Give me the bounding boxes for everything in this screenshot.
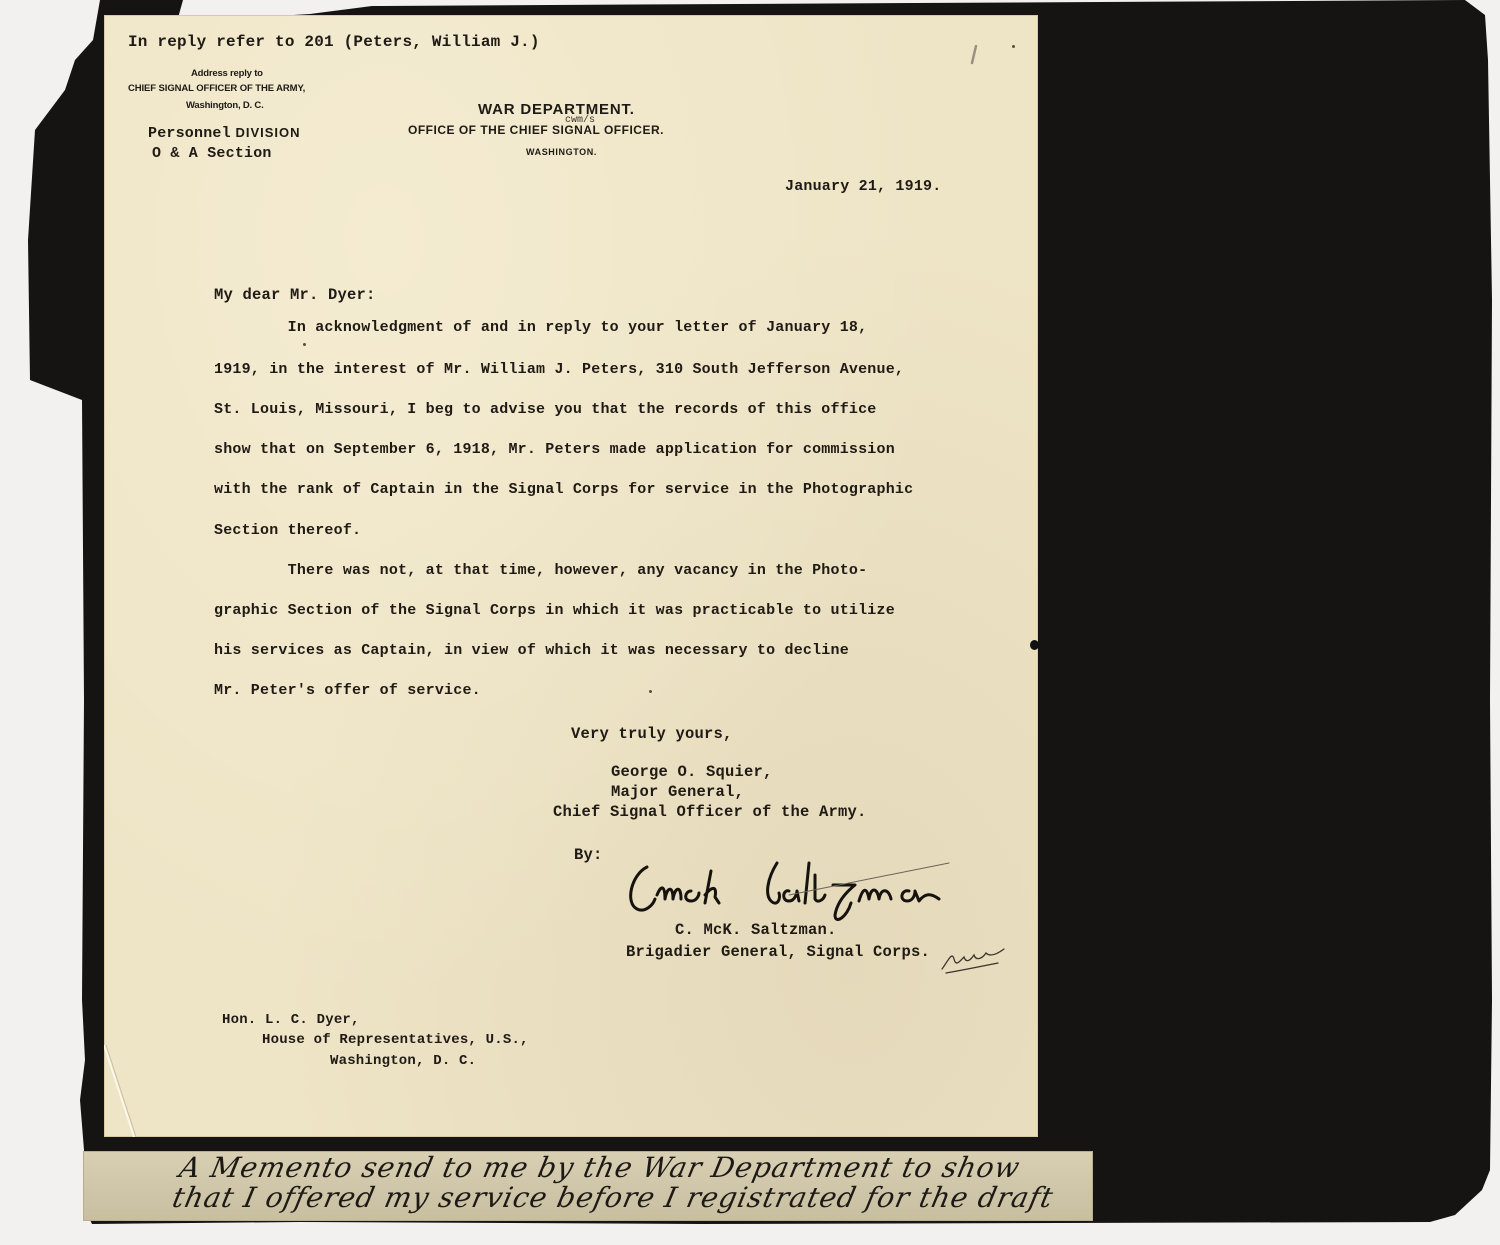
body-line: his services as Captain, in view of whic…	[214, 642, 849, 659]
paper-speck	[649, 690, 652, 693]
section-line: O & A Section	[152, 145, 272, 162]
division-typed: Personnel	[148, 125, 231, 142]
body-line: 1919, in the interest of Mr. William J. …	[214, 361, 904, 378]
body-line: graphic Section of the Signal Corps in w…	[214, 602, 895, 619]
address-reply-city: Washington, D. C.	[186, 100, 264, 111]
division-printed: DIVISION	[231, 125, 301, 140]
signer-title: Brigadier General, Signal Corps.	[626, 943, 930, 961]
office-heading: OFFICE OF THE CHIEF SIGNAL OFFICER.	[408, 123, 664, 137]
handwritten-initials	[938, 937, 1008, 977]
body-line: Section thereof.	[214, 522, 361, 539]
salutation: My dear Mr. Dyer:	[214, 286, 376, 304]
paper-speck	[1012, 45, 1015, 48]
signatory-title: Chief Signal Officer of the Army.	[553, 803, 867, 821]
folded-corner-crease	[104, 1045, 144, 1137]
letter-date: January 21, 1919.	[785, 178, 941, 195]
body-line: Mr. Peter's offer of service.	[214, 682, 481, 699]
closing: Very truly yours,	[571, 725, 733, 743]
paper-speck	[303, 343, 306, 346]
letter-sheet: In reply refer to 201 (Peters, William J…	[104, 15, 1038, 1137]
memento-note-strip: A Memento send to me by the War Departme…	[83, 1151, 1093, 1221]
department-heading: WAR DEPARTMENT.	[478, 101, 635, 118]
addressee-name: Hon. L. C. Dyer,	[222, 1012, 360, 1028]
body-line: St. Louis, Missouri, I beg to advise you…	[214, 401, 877, 418]
body-line: In acknowledgment of and in reply to you…	[214, 319, 867, 336]
body-line: There was not, at that time, however, an…	[214, 562, 867, 579]
signatory-rank: Major General,	[611, 783, 744, 801]
addressee-institution: House of Representatives, U.S.,	[262, 1032, 529, 1048]
signatory-name: George O. Squier,	[611, 763, 773, 781]
body-line: show that on September 6, 1918, Mr. Pete…	[214, 441, 895, 458]
body-line: with the rank of Captain in the Signal C…	[214, 481, 913, 498]
addressee-city: Washington, D. C.	[330, 1053, 476, 1069]
division-line: Personnel DIVISION	[148, 125, 301, 142]
signer-name: C. McK. Saltzman.	[675, 921, 837, 939]
office-city: WASHINGTON.	[526, 147, 597, 157]
memento-line-1: A Memento send to me by the War Departme…	[176, 1151, 1023, 1184]
pencil-mark-icon	[970, 45, 978, 65]
address-reply-to: CHIEF SIGNAL OFFICER OF THE ARMY,	[128, 83, 305, 94]
by-label: By:	[574, 846, 603, 864]
reference-line: In reply refer to 201 (Peters, William J…	[128, 33, 540, 51]
memento-line-2: that I offered my service before I regis…	[169, 1181, 1056, 1214]
tack-mark	[1030, 640, 1039, 650]
address-reply-label: Address reply to	[191, 68, 263, 79]
